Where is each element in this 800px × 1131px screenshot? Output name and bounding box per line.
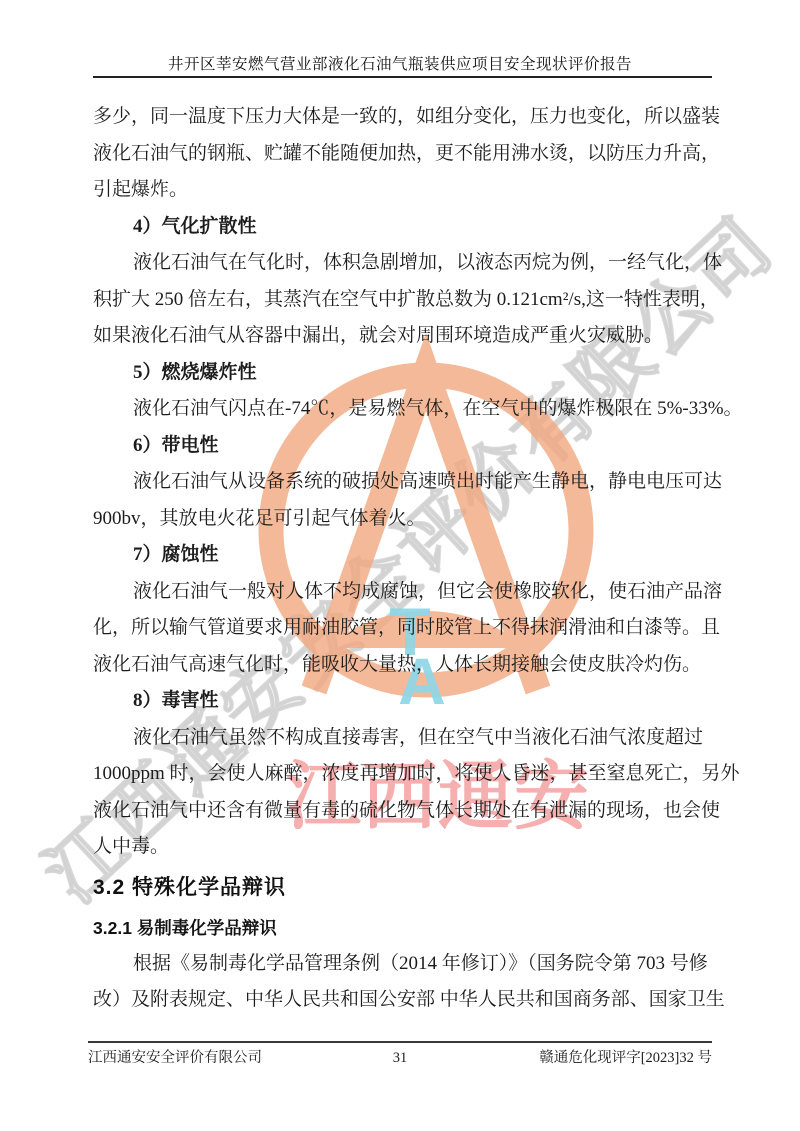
paragraph-line: 如果液化石油气从容器中漏出，就会对周围环境造成严重火灾威胁。 — [93, 318, 715, 355]
paragraph-line: 改）及附表规定、中华人民共和国公安部 中华人民共和国商务部、国家卫生 — [93, 982, 715, 1019]
page-footer: 江西通安安全评价有限公司 31 赣通危化现评字[2023]32 号 — [88, 1047, 712, 1069]
paragraph-line: 根据《易制毒化学品管理条例（2014 年修订）》（国务院令第 703 号修 — [93, 946, 715, 983]
paragraph-line: 液化石油气从设备系统的破损处高速喷出时能产生静电，静电电压可达 — [93, 464, 715, 501]
paragraph-line: 人中毒。 — [93, 829, 715, 866]
footer-company-name: 江西通安安全评价有限公司 — [88, 1047, 262, 1069]
page-header-title: 井开区莘安燃气营业部液化石油气瓶装供应项目安全现状评价报告 — [0, 52, 800, 74]
paragraph-line: 液化石油气在气化时，体积急剧增加，以液态丙烷为例，一经气化，体 — [93, 245, 715, 282]
subsection-heading-6: 6）带电性 — [93, 428, 715, 465]
body-text-block: 多少，同一温度下压力大体是一致的，如组分变化，压力也变化，所以盛装 液化石油气的… — [93, 99, 715, 1019]
paragraph-line: 引起爆炸。 — [93, 172, 715, 209]
paragraph-line: 液化石油气中还含有微量有毒的硫化物气体长期处在有泄漏的现场，也会使 — [93, 793, 715, 830]
footer-page-number: 31 — [393, 1047, 408, 1069]
paragraph-line: 液化石油气一般对人体不均成腐蚀，但它会使橡胶软化，使石油产品溶 — [93, 574, 715, 611]
footer-doc-number: 赣通危化现评字[2023]32 号 — [539, 1047, 712, 1069]
subsection-heading-8: 8）毒害性 — [93, 683, 715, 720]
paragraph-line: 900bv，其放电火花足可引起气体着火。 — [93, 501, 715, 538]
paragraph-line: 多少，同一温度下压力大体是一致的，如组分变化，压力也变化，所以盛装 — [93, 99, 715, 136]
header-rule — [93, 76, 712, 78]
paragraph-line: 积扩大 250 倍左右，其蒸汽在空气中扩散总数为 0.121cm²/s,这一特性… — [93, 282, 715, 319]
paragraph-line: 液化石油气的钢瓶、贮罐不能随便加热，更不能用沸水烫，以防压力升高， — [93, 136, 715, 173]
section-heading-3-2: 3.2 特殊化学品辩识 — [93, 866, 715, 910]
document-page: 江西通安安全评价有限公司 T A 江西通安 井开区莘安燃气营业部液化石油气瓶装供… — [0, 0, 800, 1131]
page-content: 井开区莘安燃气营业部液化石油气瓶装供应项目安全现状评价报告 多少，同一温度下压力… — [0, 0, 800, 1131]
paragraph-line: 液化石油气虽然不构成直接毒害，但在空气中当液化石油气浓度超过 — [93, 720, 715, 757]
paragraph-line: 液化石油气高速气化时，能吸收大量热，人体长期接触会使皮肤冷灼伤。 — [93, 647, 715, 684]
subsection-heading-7: 7）腐蚀性 — [93, 537, 715, 574]
subsection-heading-3-2-1: 3.2.1 易制毒化学品辩识 — [93, 910, 715, 946]
paragraph-line: 液化石油气闪点在-74℃，是易燃气体，在空气中的爆炸极限在 5%-33%。 — [93, 391, 715, 428]
footer-rule — [88, 1041, 712, 1043]
subsection-heading-4: 4）气化扩散性 — [93, 209, 715, 246]
paragraph-line: 1000ppm 时，会使人麻醉，浓度再增加时，将使人昏迷，甚至窒息死亡，另外 — [93, 756, 715, 793]
subsection-heading-5: 5）燃烧爆炸性 — [93, 355, 715, 392]
paragraph-line: 化，所以输气管道要求用耐油胶管，同时胶管上不得抹润滑油和白漆等。且 — [93, 610, 715, 647]
